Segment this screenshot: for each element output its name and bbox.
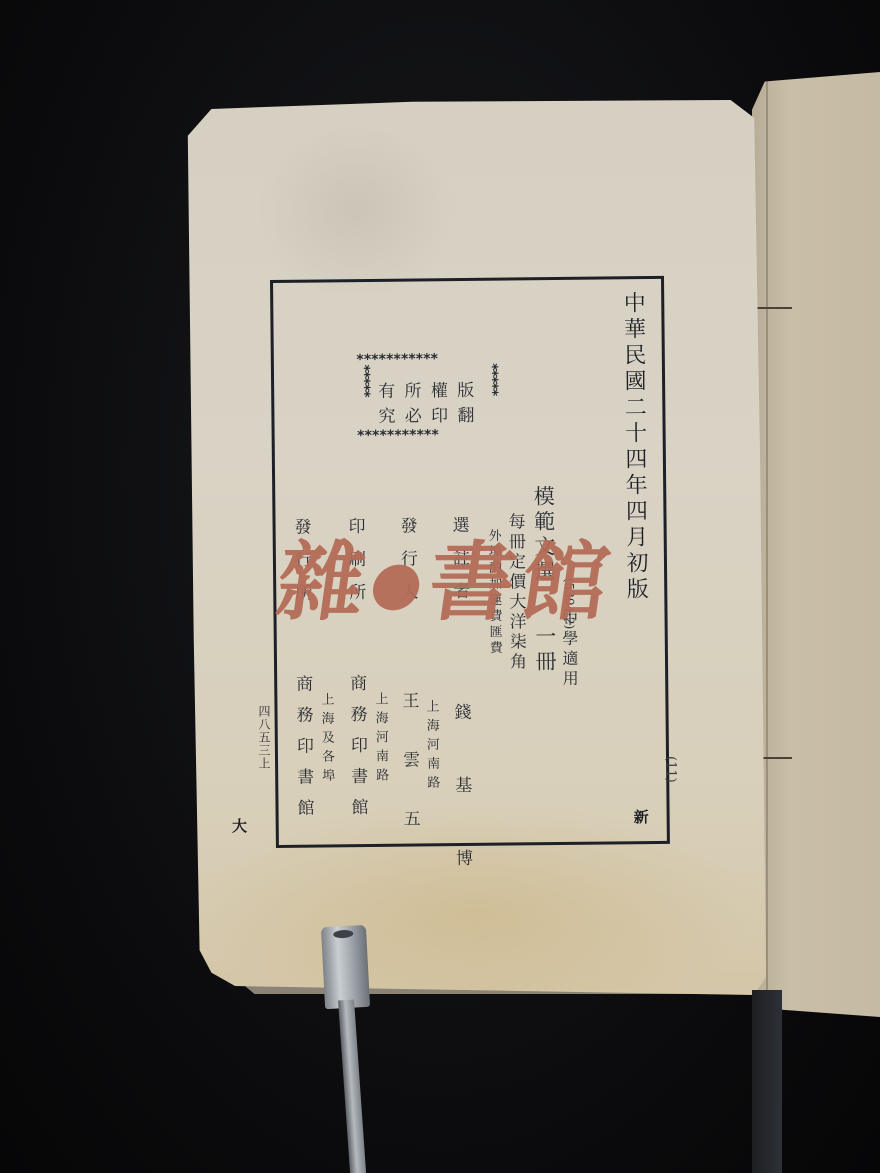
copyright-char: 版: [457, 376, 474, 401]
copyright-char: 究: [378, 402, 395, 427]
usage-note: 中學適用: [560, 610, 577, 690]
rod-socket-hole: [333, 930, 353, 939]
shipping-note: 外埠酌加運費匯費: [487, 529, 501, 657]
book-title: 模範文選一冊: [532, 485, 556, 745]
printer-label: 印刷所: [345, 517, 363, 616]
copyright-line-1: 有 所 權 版: [378, 376, 474, 402]
corner-mark-left: 大: [232, 815, 247, 836]
price: 每冊定價大洋柒角: [505, 512, 524, 672]
copyright-char: 印: [431, 401, 448, 426]
volume-count: 一冊: [533, 625, 558, 675]
publisher-address: 上海河南路: [424, 699, 438, 794]
copyright-line-2: 究 必 印 翻: [378, 401, 474, 427]
copyright-char: 必: [405, 401, 422, 426]
distributor-name: 商務印書館: [293, 675, 312, 830]
editor-name: 錢基博: [451, 703, 470, 922]
publication-date: 中華民國二十四年四月初版: [621, 291, 646, 603]
copyright-char: 翻: [457, 401, 474, 426]
distributor-label: 發行所: [291, 518, 309, 617]
copyright-char: 有: [378, 377, 395, 402]
printer-address: 上海河南路: [373, 692, 387, 787]
paper-stain: [256, 120, 456, 300]
page-fold-line: [766, 72, 768, 1017]
corner-mark-right: 新: [633, 809, 648, 824]
title-text: 模範文選: [531, 485, 556, 585]
publisher-label: 發行人: [397, 516, 415, 615]
star-border-top: ***********: [356, 351, 496, 368]
copyright-char: 權: [431, 376, 448, 401]
copyright-char: 所: [404, 376, 421, 401]
binding-crease: [752, 307, 792, 309]
distributor-address: 上海及各埠: [319, 692, 333, 787]
book-spine-shadow: [752, 990, 782, 1173]
metal-rod-cap: [321, 925, 370, 1009]
editor-label: 選註者: [449, 516, 467, 615]
page-number: (11): [663, 756, 678, 783]
publisher-name: 王雲五: [399, 691, 418, 868]
next-page-edge: [752, 72, 880, 1017]
catalog-code: 四八五三上: [256, 705, 273, 770]
colophon-frame: 中華民國二十四年四月初版 *********** ***** ***** 有 所…: [270, 276, 670, 848]
star-border-bottom: ***********: [357, 427, 497, 444]
printer-name: 商務印書館: [347, 674, 366, 829]
star-border-left: *****: [356, 364, 372, 396]
star-border-right: *****: [484, 363, 500, 395]
copyright-notice-box: *********** ***** ***** 有 所 權 版 究 必 印 翻 …: [356, 351, 497, 440]
